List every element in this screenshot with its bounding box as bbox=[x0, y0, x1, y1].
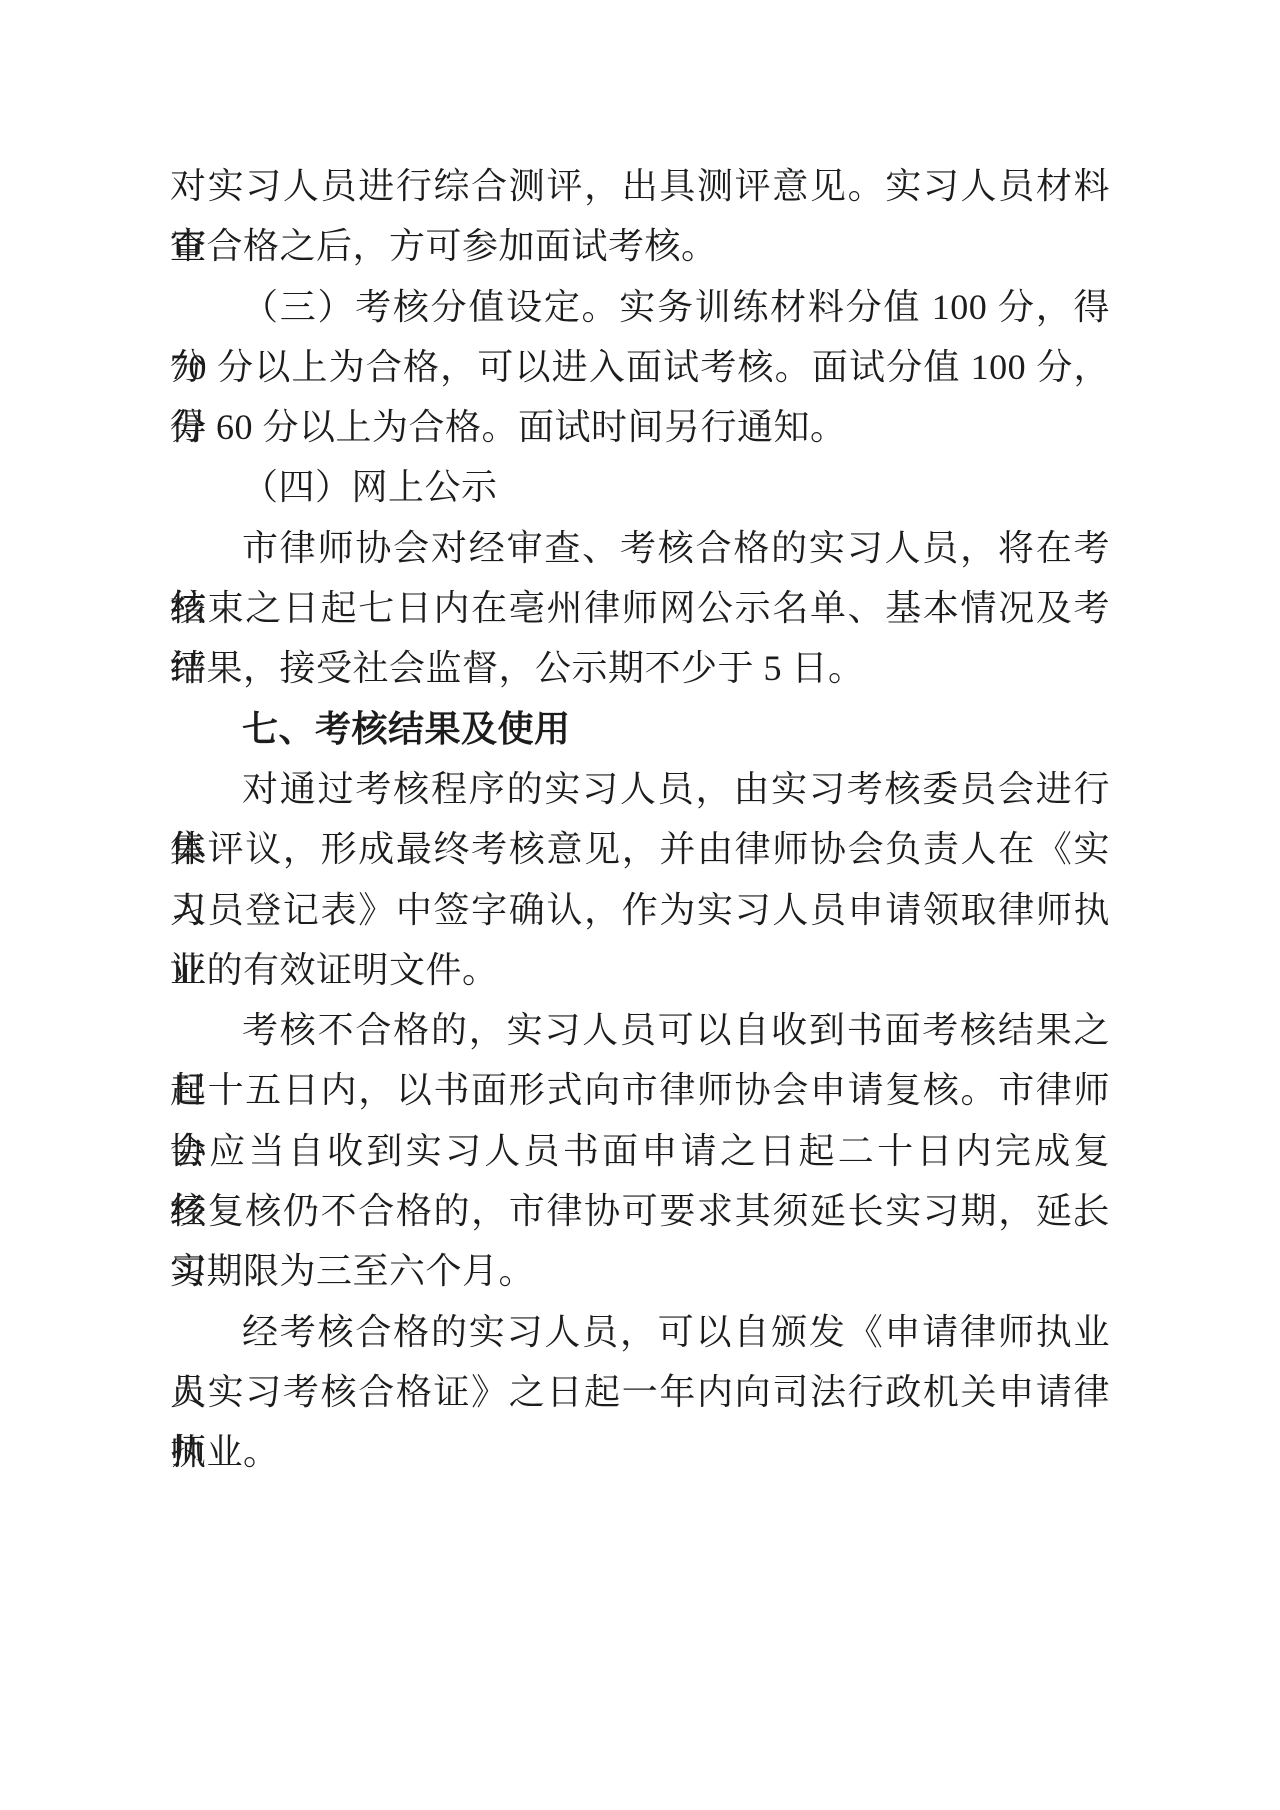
text-line: 会应当自收到实习人员书面申请之日起二十日内完成复核。 bbox=[170, 1121, 1110, 1181]
text-line: 人员登记表》中签字确认，作为实习人员申请领取律师执业 bbox=[170, 880, 1110, 940]
para-review-continuation: 对实习人员进行综合测评，出具测评意见。实习人员材料审查合格之后，方可参加面试考核… bbox=[170, 156, 1110, 277]
para-item-3-score-setting: （三）考核分值设定。实务训练材料分值 100 分，得分70 分以上为合格，可以进… bbox=[170, 277, 1110, 458]
text-line: 市律师协会对经审查、考核合格的实习人员，将在考核 bbox=[170, 518, 1110, 578]
document-page: 对实习人员进行综合测评，出具测评意见。实习人员材料审查合格之后，方可参加面试考核… bbox=[0, 0, 1280, 1810]
text-line: 七、考核结果及使用 bbox=[170, 699, 1110, 759]
text-line: 结果，接受社会监督，公示期不少于 5 日。 bbox=[170, 638, 1110, 698]
text-line: 结束之日起七日内在亳州律师网公示名单、基本情况及考评 bbox=[170, 578, 1110, 638]
text-line: 执业。 bbox=[170, 1422, 1110, 1482]
para-result-confirmation: 对通过考核程序的实习人员，由实习考核委员会进行集体评议，形成最终考核意见，并由律… bbox=[170, 759, 1110, 1000]
text-line: 考核不合格的，实习人员可以自收到书面考核结果之日 bbox=[170, 1000, 1110, 1060]
document-body: 对实习人员进行综合测评，出具测评意见。实习人员材料审查合格之后，方可参加面试考核… bbox=[170, 156, 1110, 1483]
text-line: 查合格之后，方可参加面试考核。 bbox=[170, 216, 1110, 276]
text-line: 分 60 分以上为合格。面试时间另行通知。 bbox=[170, 397, 1110, 457]
text-line: 体评议，形成最终考核意见，并由律师协会负责人在《实习 bbox=[170, 819, 1110, 879]
text-line: 证的有效证明文件。 bbox=[170, 940, 1110, 1000]
text-line: 经复核仍不合格的，市律协可要求其须延长实习期，延长实 bbox=[170, 1181, 1110, 1241]
heading-section-7: 七、考核结果及使用 bbox=[170, 699, 1110, 759]
text-line: 对通过考核程序的实习人员，由实习考核委员会进行集 bbox=[170, 759, 1110, 819]
text-line: 习期限为三至六个月。 bbox=[170, 1241, 1110, 1301]
text-line: 经考核合格的实习人员，可以自颁发《申请律师执业人 bbox=[170, 1302, 1110, 1362]
para-publicity-detail: 市律师协会对经审查、考核合格的实习人员，将在考核结束之日起七日内在亳州律师网公示… bbox=[170, 518, 1110, 699]
para-result-failure-review: 考核不合格的，实习人员可以自收到书面考核结果之日起十五日内，以书面形式向市律师协… bbox=[170, 1000, 1110, 1301]
text-line: 起十五日内，以书面形式向市律师协会申请复核。市律师协 bbox=[170, 1060, 1110, 1120]
text-line: 员实习考核合格证》之日起一年内向司法行政机关申请律师 bbox=[170, 1362, 1110, 1422]
para-item-4-online-publicity: （四）网上公示 bbox=[170, 457, 1110, 517]
text-line: （三）考核分值设定。实务训练材料分值 100 分，得分 bbox=[170, 277, 1110, 337]
text-line: 70 分以上为合格，可以进入面试考核。面试分值 100 分，得 bbox=[170, 337, 1110, 397]
text-line: （四）网上公示 bbox=[170, 457, 1110, 517]
para-result-pass-apply: 经考核合格的实习人员，可以自颁发《申请律师执业人员实习考核合格证》之日起一年内向… bbox=[170, 1302, 1110, 1483]
text-line: 对实习人员进行综合测评，出具测评意见。实习人员材料审 bbox=[170, 156, 1110, 216]
